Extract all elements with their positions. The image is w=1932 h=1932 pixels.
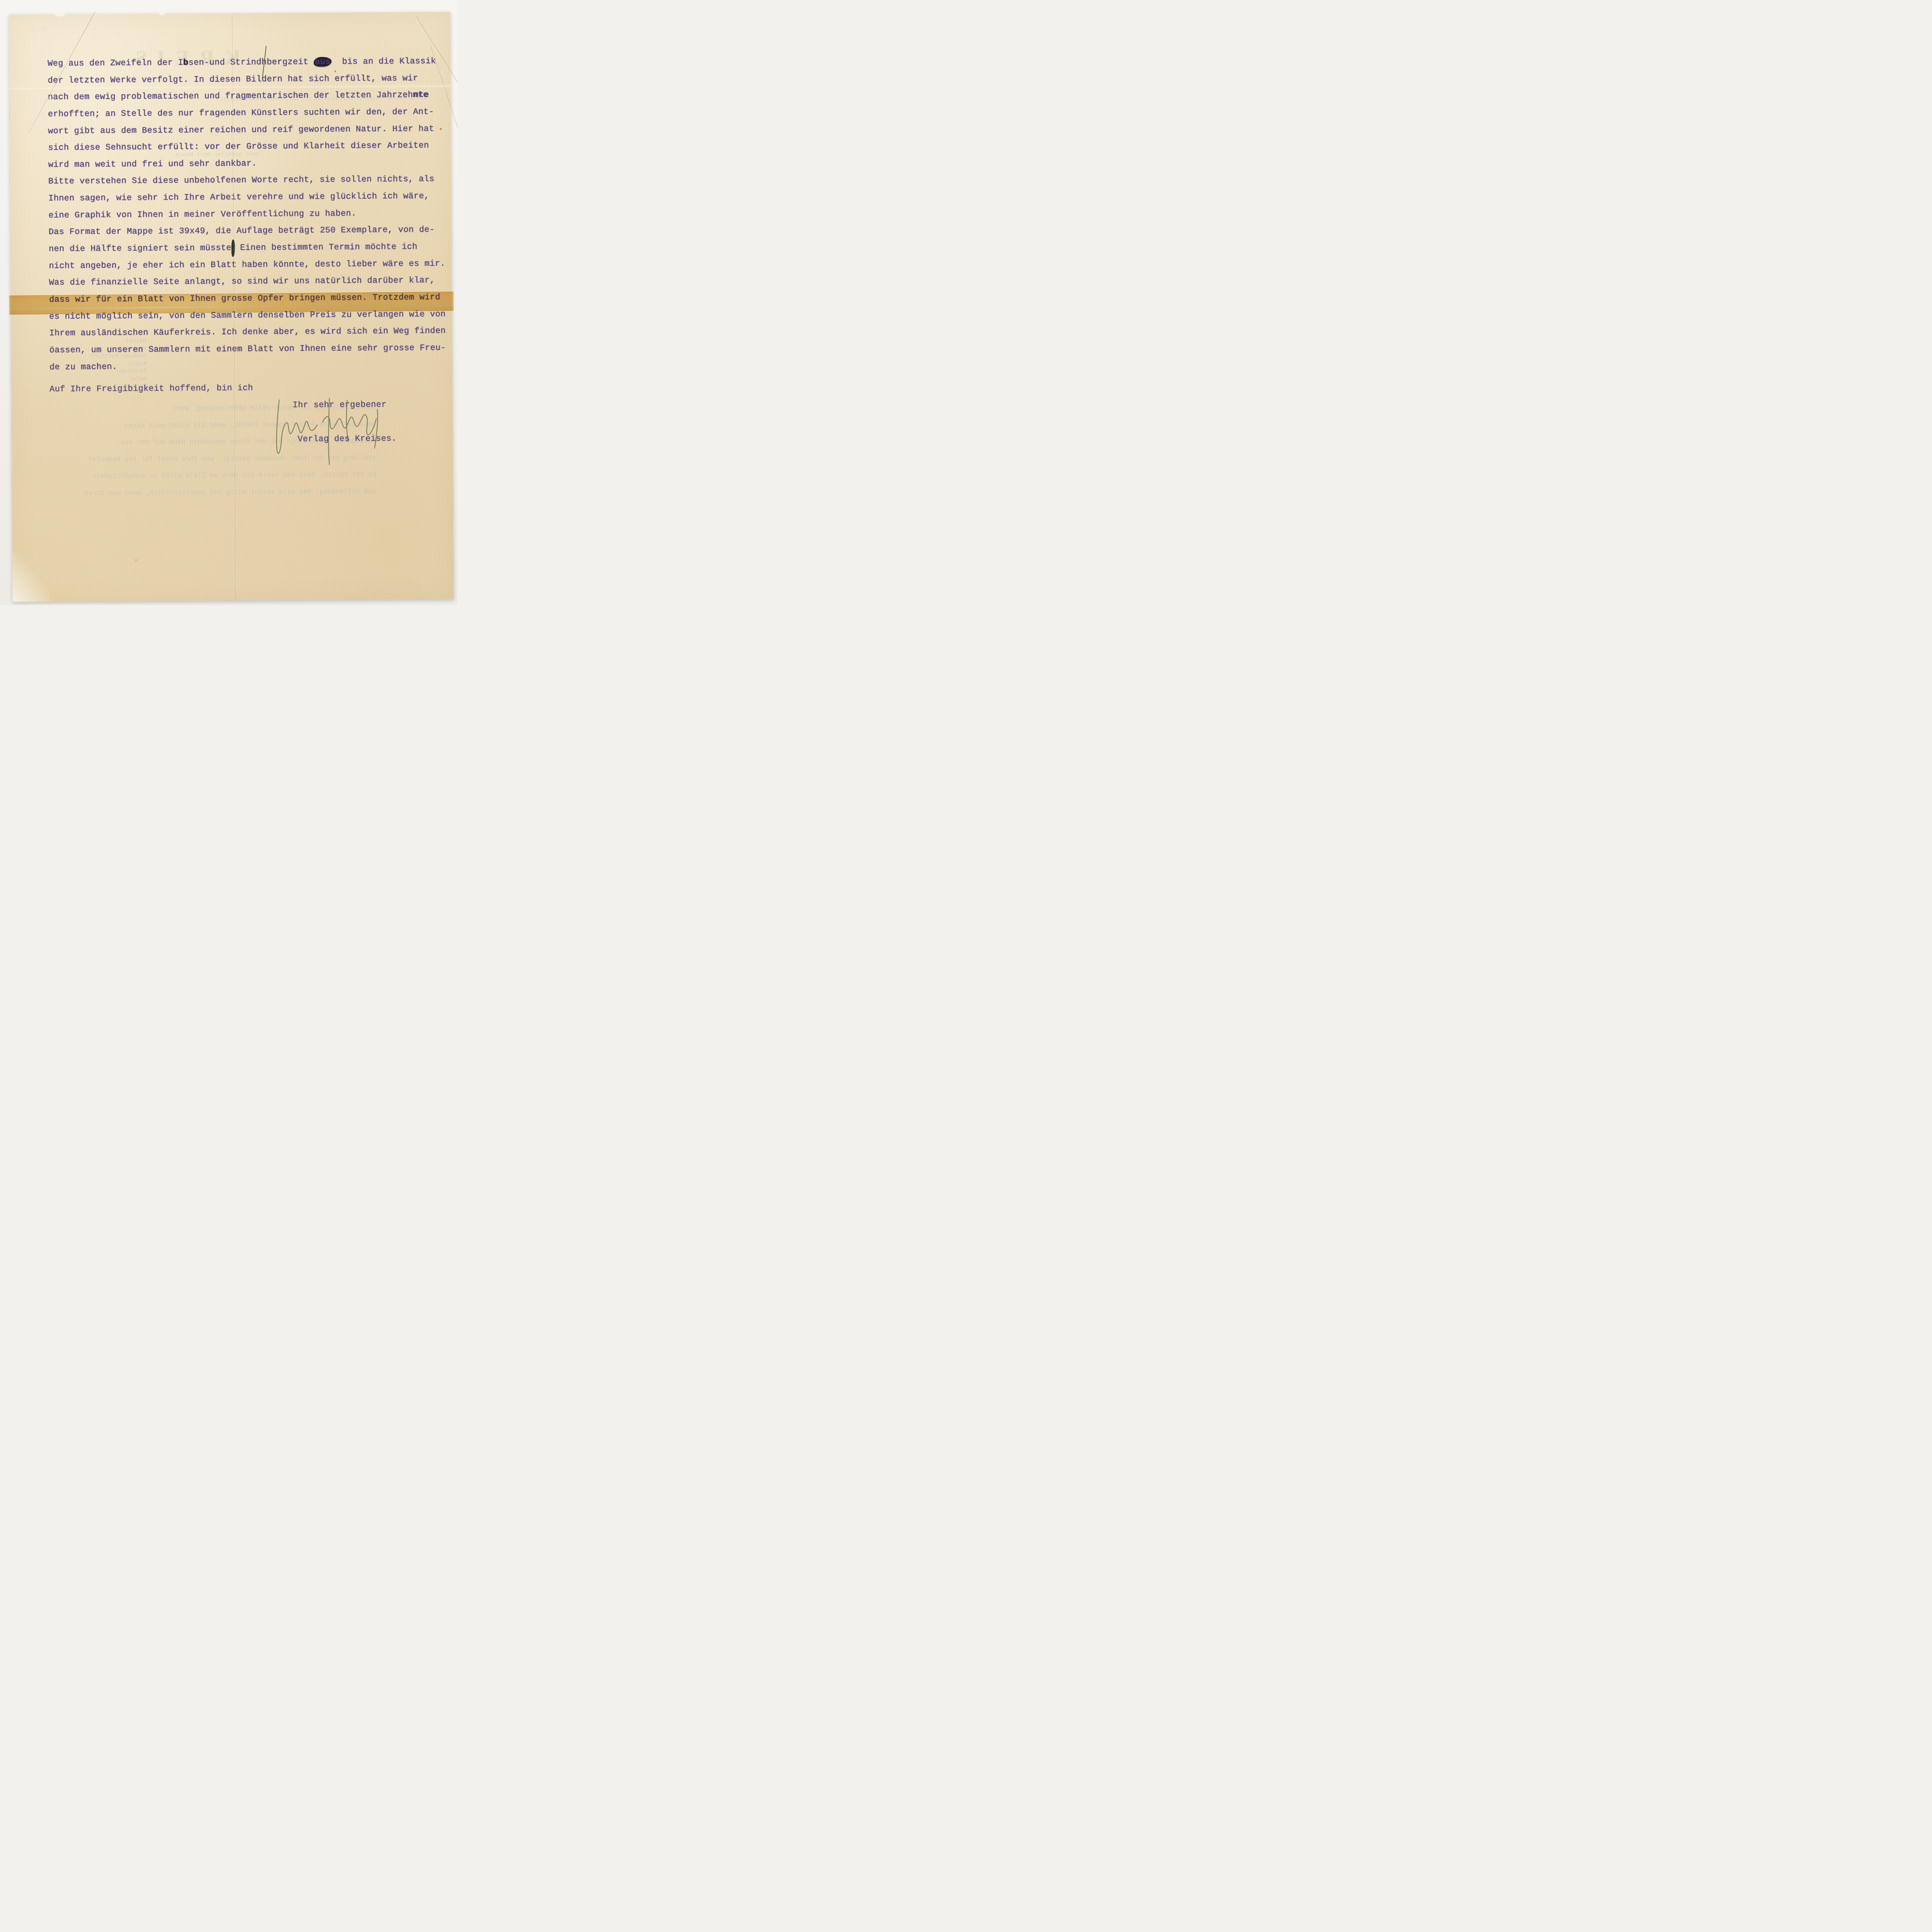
- typed-line: sich diese Sehnsucht erfüllt: vor der Gr…: [48, 137, 444, 156]
- letter-paper: KREIS ADOLF BEYER · LEIPZIG · RATHAUSRIN…: [9, 12, 454, 602]
- typed-line: nach dem ewig problematischen und fragme…: [48, 87, 444, 106]
- text-segment: b: [183, 58, 189, 68]
- text-segment: nach dem ewig problematischen und fragme…: [48, 90, 413, 102]
- text-segment: sen-und Strind: [189, 58, 262, 68]
- text-segment: h: [262, 57, 267, 67]
- typed-line: erhofften; an Stelle des nur fragenden K…: [48, 104, 444, 123]
- typed-line: nen die Hälfte signiert sein müsste. Ein…: [49, 238, 444, 258]
- typed-line: Ihnen sagen, wie sehr ich Ihre Arbeit ve…: [48, 188, 444, 207]
- green-ink-speck: [335, 70, 336, 72]
- top-edge-nick-1: [54, 11, 65, 17]
- text-segment: .: [231, 240, 235, 257]
- typed-line: Ihrem ausländischen Käuferkreis. Ich den…: [49, 323, 445, 342]
- rust-stain: [440, 128, 442, 130]
- text-segment: nen die Hälfte signiert sein müsste: [49, 243, 231, 254]
- closing-company-line: Verlag des Kreises.: [298, 430, 397, 447]
- top-edge-nick-2: [159, 11, 165, 15]
- letter-body: Weg aus den Zweifeln der Ibsen-und Strin…: [48, 53, 445, 376]
- ghost-paragraph-line: Es ist selten, dass man heute ein Werk a…: [49, 467, 376, 486]
- typed-line: Das Format der Mappe ist 39x49, die Aufl…: [49, 221, 444, 241]
- typed-line: eine Graphik von Ihnen in meiner Veröffe…: [48, 204, 444, 224]
- tape-strip: [9, 292, 454, 315]
- small-stain: [135, 560, 137, 561]
- typed-line: wird man weit und frei und sehr dankbar.: [48, 154, 444, 173]
- typed-line: Weg aus den Zweifeln der Ibsen-und Strin…: [48, 53, 443, 72]
- text-segment: bis an die Klassik: [332, 56, 436, 67]
- text-segment: Einen bestimmten Termin möchte ich: [235, 242, 418, 253]
- closing-request-line: Auf Ihre Freigibigkeit hoffend, bin ich: [49, 380, 253, 398]
- typed-line: der letzten Werke verfolgt. In diesen Bi…: [48, 70, 443, 89]
- text-segment: bergzeit: [267, 57, 314, 67]
- typed-line: öassen, um unseren Sammlern mit einem Bl…: [49, 340, 445, 359]
- typed-line: nicht angeben, je eher ich ein Blatt hab…: [49, 255, 444, 274]
- text-segment: aus: [314, 57, 332, 66]
- scanned-page: KREIS ADOLF BEYER · LEIPZIG · RATHAUSRIN…: [0, 0, 457, 605]
- ghost-corner-mark: N 20: [32, 25, 47, 34]
- typed-line: Bitte verstehen Sie diese unbeholfenen W…: [48, 171, 444, 190]
- ghost-paragraph-line: und Vollendung. Man wird selbst mutig un…: [49, 483, 376, 502]
- text-segment: nte: [413, 90, 429, 100]
- typed-line: de zu machen.: [49, 356, 445, 376]
- fold-bottom-left-corner: [12, 551, 49, 602]
- typed-line: wort gibt aus dem Besitz einer reichen u…: [48, 120, 444, 139]
- typed-line: Was die finanzielle Seite anlangt, so si…: [49, 272, 444, 291]
- text-segment: Weg aus den Zweifeln der I: [48, 58, 183, 68]
